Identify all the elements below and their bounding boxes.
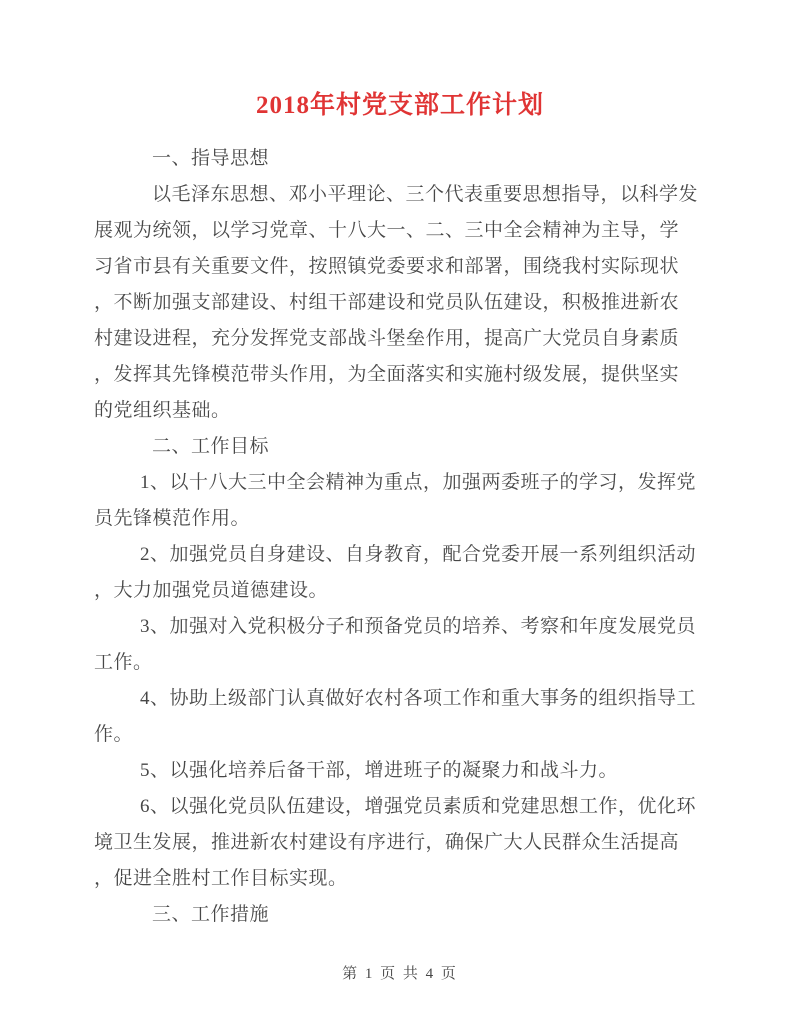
document-line: ，促进全胜村工作目标实现。 [94,861,710,897]
document-line: 以毛泽东思想、邓小平理论、三个代表重要思想指导，以科学发 [94,177,710,213]
document-line: 二、工作目标 [94,429,710,465]
document-line: 作。 [94,717,710,753]
paragraph: 以毛泽东思想、邓小平理论、三个代表重要思想指导，以科学发展观为统领，以学习党章、… [94,177,710,429]
paragraph: 4、协助上级部门认真做好农村各项工作和重大事务的组织指导工作。 [94,681,710,753]
document-body: 一、指导思想以毛泽东思想、邓小平理论、三个代表重要思想指导，以科学发展观为统领，… [94,141,710,933]
document-line: 的党组织基础。 [94,393,710,429]
page-number-footer: 第 1 页 共 4 页 [0,964,800,984]
document-line: 3、加强对入党积极分子和预备党员的培养、考察和年度发展党员 [94,609,710,645]
paragraph: 5、以强化培养后备干部，增进班子的凝聚力和战斗力。 [94,753,710,789]
paragraph: 3、加强对入党积极分子和预备党员的培养、考察和年度发展党员工作。 [94,609,710,681]
document-line: 员先锋模范作用。 [94,501,710,537]
document-line: 1、以十八大三中全会精神为重点，加强两委班子的学习，发挥党 [94,465,710,501]
document-line: ，大力加强党员道德建设。 [94,573,710,609]
paragraph: 6、以强化党员队伍建设，增强党员素质和党建思想工作，优化环境卫生发展，推进新农村… [94,789,710,897]
document-title: 2018年村党支部工作计划 [0,90,800,122]
document-line: ，不断加强支部建设、村组干部建设和党员队伍建设，积极推进新农 [94,285,710,321]
document-line: 习省市县有关重要文件，按照镇党委要求和部署，围绕我村实际现状 [94,249,710,285]
document-line: 工作。 [94,645,710,681]
document-line: 三、工作措施 [94,897,710,933]
document-line: 6、以强化党员队伍建设，增强党员素质和党建思想工作，优化环 [94,789,710,825]
paragraph: 三、工作措施 [94,897,710,933]
document-line: 一、指导思想 [94,141,710,177]
document-line: 4、协助上级部门认真做好农村各项工作和重大事务的组织指导工 [94,681,710,717]
document-page: 2018年村党支部工作计划 一、指导思想以毛泽东思想、邓小平理论、三个代表重要思… [0,0,800,1036]
document-line: 展观为统领，以学习党章、十八大一、二、三中全会精神为主导，学 [94,213,710,249]
document-line: 5、以强化培养后备干部，增进班子的凝聚力和战斗力。 [94,753,710,789]
document-line: 境卫生发展，推进新农村建设有序进行，确保广大人民群众生活提高 [94,825,710,861]
paragraph: 2、加强党员自身建设、自身教育，配合党委开展一系列组织活动，大力加强党员道德建设… [94,537,710,609]
document-line: 2、加强党员自身建设、自身教育，配合党委开展一系列组织活动 [94,537,710,573]
document-line: 村建设进程，充分发挥党支部战斗堡垒作用，提高广大党员自身素质 [94,321,710,357]
document-line: ，发挥其先锋模范带头作用，为全面落实和实施村级发展，提供坚实 [94,357,710,393]
paragraph: 二、工作目标 [94,429,710,465]
paragraph: 一、指导思想 [94,141,710,177]
paragraph: 1、以十八大三中全会精神为重点，加强两委班子的学习，发挥党员先锋模范作用。 [94,465,710,537]
